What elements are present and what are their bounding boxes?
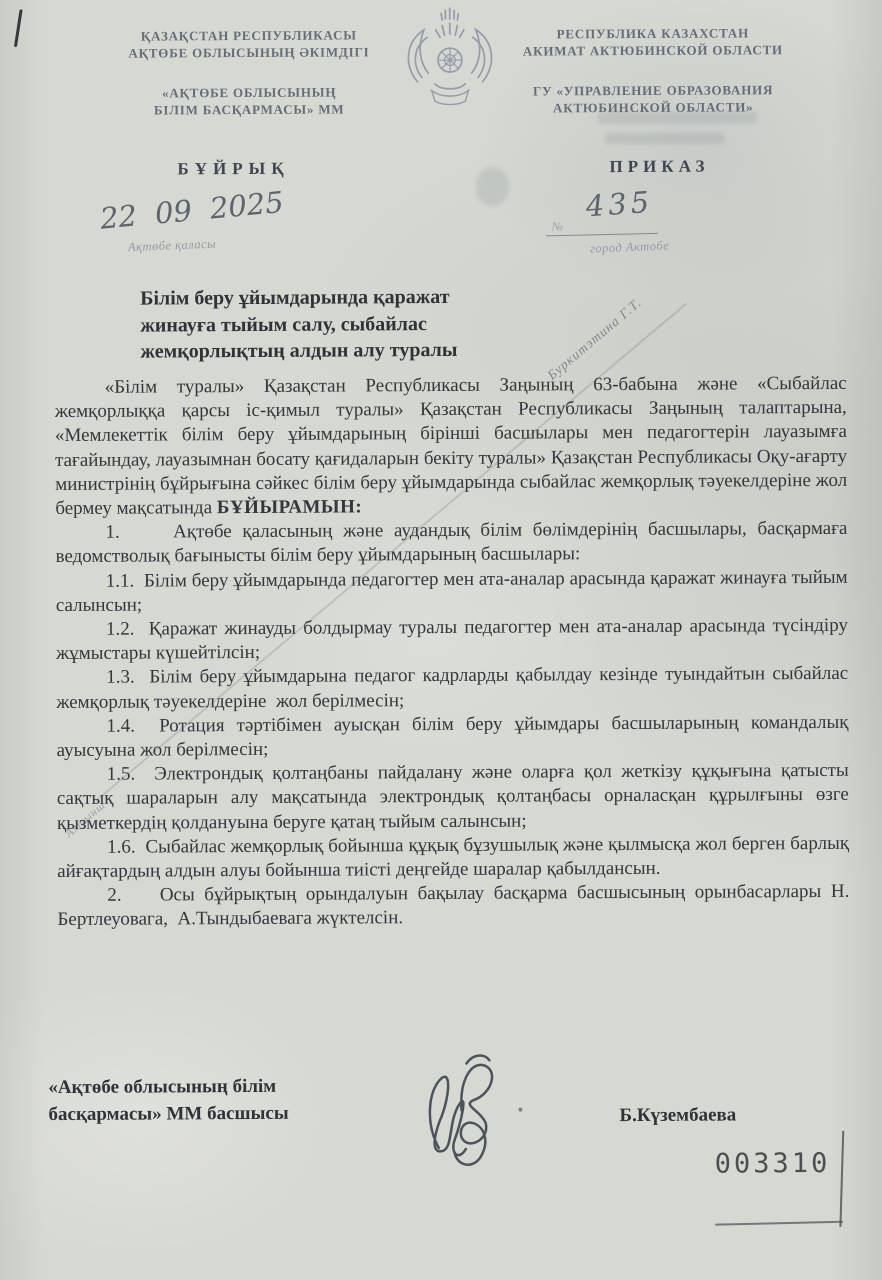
- signatory-title: «Ақтөбе облысының білім басқармасы» ММ б…: [48, 1073, 288, 1128]
- org-kk-line3: «АҚТӨБЕ ОБЛЫСЫНЫҢ: [79, 83, 419, 102]
- number-place-label: город Актобе: [590, 238, 670, 256]
- signatory-name: Б.Күзембаева: [619, 1104, 736, 1127]
- signatory-title-line2: басқармасы» ММ басшысы: [48, 1100, 288, 1128]
- body-paragraph: «Білім туралы» Қазақстан Республикасы За…: [55, 372, 848, 521]
- ink-dot: [518, 1108, 522, 1112]
- body-paragraph: 1.3. Білім беру ұйымдарына педагог кадрл…: [56, 662, 848, 715]
- signatory-title-line1: «Ақтөбе облысының білім: [48, 1073, 288, 1101]
- bleed-through-smudge: [597, 111, 757, 124]
- body-paragraph: 1. Ақтөбе қаласының және аудандық білім …: [55, 517, 847, 570]
- order-word-ru: ПРИКАЗ: [609, 157, 709, 178]
- number-sign: №: [552, 219, 563, 234]
- org-ru-line3: ГУ «УПРАВЛЕНИЕ ОБРАЗОВАНИЯ: [483, 81, 823, 100]
- bleed-through-smudge: [476, 167, 510, 207]
- org-ru-line2: АКИМАТ АКТЮБИНСКОЙ ОБЛАСТИ: [483, 41, 823, 60]
- handwritten-number: 435: [585, 185, 655, 224]
- order-title-line1: Білім беру ұйымдарында қаражат: [140, 284, 457, 312]
- order-title-line3: жемқорлықтың алдын алу туралы: [140, 337, 457, 365]
- pen-mark: [14, 9, 23, 47]
- date-place-label: Ақтөбе қаласы: [128, 237, 217, 256]
- order-title-line2: жинауға тыйым салу, сыбайлас: [140, 310, 457, 338]
- org-kk-line1: ҚАЗАҚСТАН РЕСПУБЛИКАСЫ: [79, 26, 419, 45]
- stamp-corner-bracket-vertical: [839, 1131, 844, 1227]
- org-kk-line4: БІЛІМ БАСҚАРМАСЫ» ММ: [79, 100, 419, 119]
- diagonal-annotation-top: Буркитэтина Г.Т.: [544, 295, 645, 384]
- body-paragraph: 1.2. Қаражат жинауды болдырмау туралы пе…: [56, 614, 848, 667]
- body-paragraph: 1.6. Сыбайлас жемқорлық бойынша құқық бұ…: [57, 832, 849, 885]
- order-word-kk: БҰЙРЫҚ: [177, 159, 289, 180]
- order-title: Білім беру ұйымдарында қаражат жинауға т…: [140, 284, 457, 365]
- body-paragraph: 1.5. Электрондық қолтаңбаны пайдалану жә…: [57, 759, 849, 836]
- body-paragraph: 1.1. Білім беру ұйымдарында педагогтер м…: [56, 565, 848, 618]
- org-ru-line1: РЕСПУБЛИКА КАЗАХСТАН: [483, 24, 823, 43]
- stamp-corner-bracket-horizontal: [715, 1221, 843, 1226]
- form-number: 003310: [715, 1148, 831, 1180]
- bleed-through-smudge: [605, 133, 725, 145]
- signature-scribble: [404, 1048, 515, 1174]
- body-paragraph: 1.4. Ротация тәртібімен ауысқан білім бе…: [56, 711, 848, 764]
- body-paragraph: 2. Осы бұйрықтың орындалуын бақылау басқ…: [57, 880, 849, 933]
- org-kk-line2: АҚТӨБЕ ОБЛЫСЫНЫҢ ӘКІМДІГІ: [79, 43, 419, 62]
- document-body: «Білім туралы» Қазақстан Республикасы За…: [55, 372, 850, 933]
- scanned-order-document: ҚАЗАҚСТАН РЕСПУБЛИКАСЫ АҚТӨБЕ ОБЛЫСЫНЫҢ …: [0, 0, 882, 1280]
- handwritten-date: 22 09 2025: [99, 185, 285, 236]
- org-name-kazakh: ҚАЗАҚСТАН РЕСПУБЛИКАСЫ АҚТӨБЕ ОБЛЫСЫНЫҢ …: [79, 26, 420, 142]
